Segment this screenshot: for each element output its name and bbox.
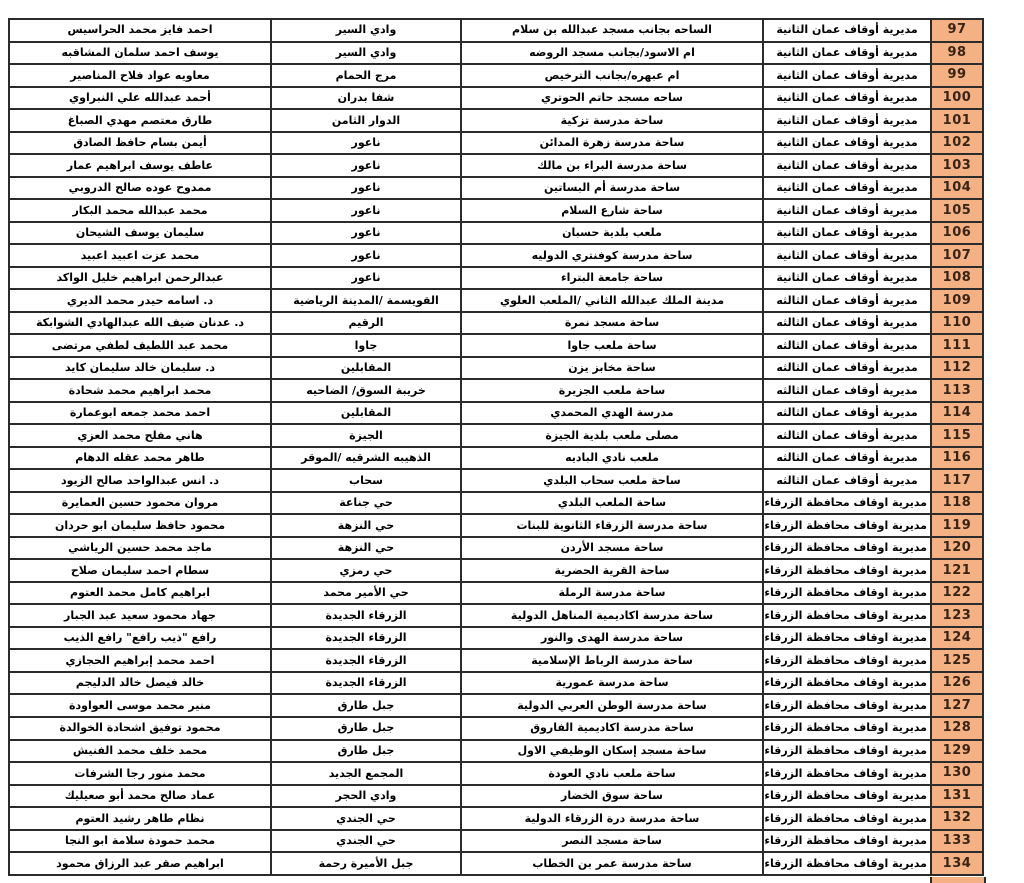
cell-directorate: مديرية اوقاف محافظة الزرقاء <box>763 852 931 875</box>
cell-name: نظام طاهر رشيد العتوم <box>9 807 271 830</box>
cell-district: جبل طارق <box>271 740 461 763</box>
cell-location: ساحة مسجد إسكان الوظيفي الاول <box>461 740 763 763</box>
table-row: 123مديرية اوقاف محافظة الزرقاءساحة مدرسة… <box>9 604 983 627</box>
cell-location: ساحة سوق الخضار <box>461 785 763 808</box>
cell-directorate: مديرية اوقاف محافظة الزرقاء <box>763 492 931 515</box>
cell-district: شفا بدران <box>271 87 461 110</box>
cell-district: ناعور <box>271 222 461 245</box>
cell-serial-number: 112 <box>931 357 983 380</box>
cell-serial-number: 113 <box>931 379 983 402</box>
cell-directorate: مديرية اوقاف محافظة الزرقاء <box>763 830 931 853</box>
cell-directorate: مديرية أوقاف عمان الثالثه <box>763 357 931 380</box>
cell-location: ساحة مدرسة اكاديمية المناهل الدولية <box>461 604 763 627</box>
cell-location: ساحة مدرسة عمورية <box>461 672 763 695</box>
table-row: 117مديرية أوقاف عمان الثالثهساحة ملعب سح… <box>9 469 983 492</box>
cell-serial-number: 133 <box>931 830 983 853</box>
cell-location: ساحة الملعب البلدي <box>461 492 763 515</box>
cell-directorate: مديرية اوقاف محافظة الزرقاء <box>763 559 931 582</box>
cell-name: مروان محمود حسين العمايرة <box>9 492 271 515</box>
table-row: 102مديرية أوقاف عمان الثانيةساحة مدرسة ز… <box>9 132 983 155</box>
cell-location: ساحة القرية الحضرية <box>461 559 763 582</box>
table-row: 100مديرية أوقاف عمان الثانيةساحه مسجد حا… <box>9 87 983 110</box>
cell-directorate: مديرية اوقاف محافظة الزرقاء <box>763 762 931 785</box>
table-row: 133مديرية اوقاف محافظة الزرقاءساحة مسجد … <box>9 830 983 853</box>
cell-district: ناعور <box>271 132 461 155</box>
table-row: 124مديرية اوقاف محافظة الزرقاءساحة مدرسة… <box>9 627 983 650</box>
cell-directorate: مديرية اوقاف محافظة الزرقاء <box>763 537 931 560</box>
table-row: 106مديرية أوقاف عمان الثانيةملعب بلدية ح… <box>9 222 983 245</box>
cell-serial-number: 97 <box>931 19 983 42</box>
cell-district: ناعور <box>271 154 461 177</box>
cell-location: مدينة الملك عبدالله الثاني /الملعب العلو… <box>461 289 763 312</box>
table-row: 114مديرية أوقاف عمان الثالثهمدرسة الهدي … <box>9 402 983 425</box>
table-row: 116مديرية أوقاف عمان الثالثهملعب نادي ال… <box>9 447 983 470</box>
cell-name: ممدوح عوده صالح الدروبي <box>9 177 271 200</box>
cell-serial-number: 98 <box>931 42 983 65</box>
cell-name: عماد صالح محمد أبو صعيليك <box>9 785 271 808</box>
cell-serial-number: 107 <box>931 244 983 267</box>
cell-directorate: مديرية أوقاف عمان الثانية <box>763 199 931 222</box>
cell-location: ساحة مسجد نمرة <box>461 312 763 335</box>
cell-serial-number: 111 <box>931 334 983 357</box>
cell-location: ساحة مدرسة كوفنتري الدوليه <box>461 244 763 267</box>
cell-serial-number: 103 <box>931 154 983 177</box>
cell-directorate: مديرية اوقاف محافظة الزرقاء <box>763 649 931 672</box>
table-row: 105مديرية أوقاف عمان الثانيةساحة شارع ال… <box>9 199 983 222</box>
cell-serial-number: 99 <box>931 64 983 87</box>
cell-name: خالد فيصل خالد الدليجم <box>9 672 271 695</box>
cell-location: مصلى ملعب بلدية الجيزة <box>461 424 763 447</box>
cell-name: سطام احمد سليمان صلاح <box>9 559 271 582</box>
table-row: 107مديرية أوقاف عمان الثانيةساحة مدرسة ك… <box>9 244 983 267</box>
cell-name: أيمن بسام حافظ الصادق <box>9 132 271 155</box>
cell-district: الدوار الثامن <box>271 109 461 132</box>
cell-serial-number: 123 <box>931 604 983 627</box>
cell-directorate: مديرية اوقاف محافظة الزرقاء <box>763 807 931 830</box>
cell-location: ساحة مدرسة أم البساتين <box>461 177 763 200</box>
cell-serial-number: 128 <box>931 717 983 740</box>
table-row: 110مديرية أوقاف عمان الثالثهساحة مسجد نم… <box>9 312 983 335</box>
cell-district: حي الجندي <box>271 807 461 830</box>
cell-directorate: مديرية أوقاف عمان الثانية <box>763 177 931 200</box>
cell-serial-number: 119 <box>931 514 983 537</box>
cell-directorate: مديرية أوقاف عمان الثانية <box>763 87 931 110</box>
cell-location: ام عبهره/بجانب الترخيص <box>461 64 763 87</box>
cell-location: ساحة مدرسة الرباط الإسلامية <box>461 649 763 672</box>
cell-district: حي النزهة <box>271 537 461 560</box>
cell-district: جبل طارق <box>271 694 461 717</box>
cell-serial-number: 106 <box>931 222 983 245</box>
next-row-number-cell-partial <box>930 877 986 883</box>
cell-serial-number: 104 <box>931 177 983 200</box>
cell-directorate: مديرية أوقاف عمان الثانية <box>763 244 931 267</box>
cell-location: ملعب نادي الباديه <box>461 447 763 470</box>
cell-directorate: مديرية اوقاف محافظة الزرقاء <box>763 604 931 627</box>
cell-name: منير محمد موسى العواودة <box>9 694 271 717</box>
cell-district: مرج الحمام <box>271 64 461 87</box>
cell-location: ساحة مدرسة اكاديمية الفاروق <box>461 717 763 740</box>
cell-name: هاني مفلح محمد العزي <box>9 424 271 447</box>
cell-district: ناعور <box>271 199 461 222</box>
cell-directorate: مديرية اوقاف محافظة الزرقاء <box>763 740 931 763</box>
cell-name: محمد خلف محمد الفنيش <box>9 740 271 763</box>
cell-name: ماجد محمد حسين الرياشي <box>9 537 271 560</box>
cell-district: القويسمة /المدينة الرياضية <box>271 289 461 312</box>
cell-serial-number: 126 <box>931 672 983 695</box>
cell-name: محمود توفيق اشحادة الخوالدة <box>9 717 271 740</box>
cell-district: المجمع الجديد <box>271 762 461 785</box>
table-row: 128مديرية اوقاف محافظة الزرقاءساحة مدرسة… <box>9 717 983 740</box>
cell-directorate: مديرية أوقاف عمان الثالثه <box>763 402 931 425</box>
table-row: 131مديرية اوقاف محافظة الزرقاءساحة سوق ا… <box>9 785 983 808</box>
table-row: 113مديرية أوقاف عمان الثالثهساحة ملعب ال… <box>9 379 983 402</box>
cell-directorate: مديرية أوقاف عمان الثالثه <box>763 379 931 402</box>
cell-name: يوسف احمد سلمان المشاقبه <box>9 42 271 65</box>
cell-name: محمد عبد اللطيف لطفي مرتضى <box>9 334 271 357</box>
awqaf-imams-table: 97مديرية أوقاف عمان الثانيةالساحه بجانب … <box>8 18 984 876</box>
cell-serial-number: 102 <box>931 132 983 155</box>
cell-location: ساحة مسجد الأردن <box>461 537 763 560</box>
cell-name: محمد عبدالله محمد البكار <box>9 199 271 222</box>
cell-directorate: مديرية أوقاف عمان الثالثه <box>763 469 931 492</box>
cell-district: الزرقاء الجديدة <box>271 672 461 695</box>
cell-name: د. سليمان خالد سليمان كايد <box>9 357 271 380</box>
cell-serial-number: 110 <box>931 312 983 335</box>
cell-location: ساحة مدرسة تزكية <box>461 109 763 132</box>
table-row: 115مديرية أوقاف عمان الثالثهمصلى ملعب بل… <box>9 424 983 447</box>
cell-serial-number: 129 <box>931 740 983 763</box>
cell-location: ساحة جامعة البتراء <box>461 267 763 290</box>
cell-district: خريبة السوق/ الضاحيه <box>271 379 461 402</box>
cell-district: وادي الحجر <box>271 785 461 808</box>
cell-district: جبل الأميرة رحمة <box>271 852 461 875</box>
cell-serial-number: 118 <box>931 492 983 515</box>
cell-directorate: مديرية أوقاف عمان الثالثه <box>763 312 931 335</box>
cell-district: وادي السير <box>271 19 461 42</box>
cell-serial-number: 132 <box>931 807 983 830</box>
table-row: 118مديرية اوقاف محافظة الزرقاءساحة الملع… <box>9 492 983 515</box>
cell-name: طاهر محمد عقله الدهام <box>9 447 271 470</box>
cell-district: جاوا <box>271 334 461 357</box>
table-row: 120مديرية اوقاف محافظة الزرقاءساحة مسجد … <box>9 537 983 560</box>
cell-name: محمود حافظ سليمان ابو حردان <box>9 514 271 537</box>
cell-name: سليمان يوسف الشيحان <box>9 222 271 245</box>
cell-directorate: مديرية أوقاف عمان الثانية <box>763 42 931 65</box>
cell-directorate: مديرية اوقاف محافظة الزرقاء <box>763 694 931 717</box>
table-row: 126مديرية اوقاف محافظة الزرقاءساحة مدرسة… <box>9 672 983 695</box>
cell-location: ساحة مدرسة عمر بن الخطاب <box>461 852 763 875</box>
cell-district: الجيزة <box>271 424 461 447</box>
cell-name: عاطف يوسف ابراهيم عمار <box>9 154 271 177</box>
cell-location: مدرسة الهدي المحمدي <box>461 402 763 425</box>
table-row: 125مديرية اوقاف محافظة الزرقاءساحة مدرسة… <box>9 649 983 672</box>
cell-district: حي رمزي <box>271 559 461 582</box>
cell-directorate: مديرية أوقاف عمان الثانية <box>763 132 931 155</box>
cell-directorate: مديرية اوقاف محافظة الزرقاء <box>763 582 931 605</box>
cell-district: حي النزهة <box>271 514 461 537</box>
table-row: 98مديرية أوقاف عمان الثانيةام الاسود/بجا… <box>9 42 983 65</box>
cell-serial-number: 124 <box>931 627 983 650</box>
cell-serial-number: 116 <box>931 447 983 470</box>
cell-location: ام الاسود/بجانب مسجد الروضه <box>461 42 763 65</box>
cell-location: ساحة ملعب جاوا <box>461 334 763 357</box>
table-row: 130مديرية اوقاف محافظة الزرقاءساحة ملعب … <box>9 762 983 785</box>
cell-name: معاويه عواد فلاح المناصير <box>9 64 271 87</box>
cell-location: ساحة مدرسة الرملة <box>461 582 763 605</box>
cell-directorate: مديرية اوقاف محافظة الزرقاء <box>763 785 931 808</box>
cell-location: الساحه بجانب مسجد عبدالله بن سلام <box>461 19 763 42</box>
table-row: 99مديرية أوقاف عمان الثانيةام عبهره/بجان… <box>9 64 983 87</box>
table-row: 132مديرية اوقاف محافظة الزرقاءساحة مدرسة… <box>9 807 983 830</box>
cell-serial-number: 127 <box>931 694 983 717</box>
cell-district: حي جناعة <box>271 492 461 515</box>
cell-name: جهاد محمود سعيد عبد الجبار <box>9 604 271 627</box>
cell-name: محمد منور رجا الشرفات <box>9 762 271 785</box>
cell-serial-number: 114 <box>931 402 983 425</box>
cell-name: أحمد عبدالله علي النبراوي <box>9 87 271 110</box>
cell-district: الزرقاء الجديدة <box>271 604 461 627</box>
cell-district: المقابلين <box>271 357 461 380</box>
cell-district: سحاب <box>271 469 461 492</box>
cell-location: ساحة مخابز يزن <box>461 357 763 380</box>
cell-serial-number: 105 <box>931 199 983 222</box>
cell-location: ساحة مدرسة زهرة المدائن <box>461 132 763 155</box>
cell-serial-number: 109 <box>931 289 983 312</box>
table-row: 129مديرية اوقاف محافظة الزرقاءساحة مسجد … <box>9 740 983 763</box>
scanned-table-page: 97مديرية أوقاف عمان الثانيةالساحه بجانب … <box>8 18 982 876</box>
cell-name: د. انس عبدالواحد صالح الزيود <box>9 469 271 492</box>
cell-directorate: مديرية أوقاف عمان الثانية <box>763 267 931 290</box>
cell-directorate: مديرية أوقاف عمان الثالثه <box>763 424 931 447</box>
table-row: 104مديرية أوقاف عمان الثانيةساحة مدرسة أ… <box>9 177 983 200</box>
cell-serial-number: 121 <box>931 559 983 582</box>
cell-serial-number: 120 <box>931 537 983 560</box>
cell-district: جبل طارق <box>271 717 461 740</box>
cell-serial-number: 100 <box>931 87 983 110</box>
cell-district: الرقيم <box>271 312 461 335</box>
cell-location: ساحة مدرسة الزرقاء الثانوية للبنات <box>461 514 763 537</box>
cell-district: المقابلين <box>271 402 461 425</box>
cell-directorate: مديرية أوقاف عمان الثانية <box>763 222 931 245</box>
cell-location: ساحة مدرسة البراء بن مالك <box>461 154 763 177</box>
cell-district: الزرقاء الجديدة <box>271 627 461 650</box>
cell-serial-number: 131 <box>931 785 983 808</box>
cell-name: ابراهيم كامل محمد العتوم <box>9 582 271 605</box>
cell-district: ناعور <box>271 244 461 267</box>
table-row: 101مديرية أوقاف عمان الثانيةساحة مدرسة ت… <box>9 109 983 132</box>
cell-location: ساحة ملعب سحاب البلدي <box>461 469 763 492</box>
cell-serial-number: 108 <box>931 267 983 290</box>
cell-name: ابراهيم صقر عبد الرزاق محمود <box>9 852 271 875</box>
cell-district: حي الأمير محمد <box>271 582 461 605</box>
table-row: 97مديرية أوقاف عمان الثانيةالساحه بجانب … <box>9 19 983 42</box>
cell-location: ساحة مدرسة الوطن العربي الدولية <box>461 694 763 717</box>
cell-directorate: مديرية اوقاف محافظة الزرقاء <box>763 514 931 537</box>
table-row: 111مديرية أوقاف عمان الثالثهساحة ملعب جا… <box>9 334 983 357</box>
cell-name: عبدالرحمن ابراهيم خليل الواكد <box>9 267 271 290</box>
cell-location: ساحة مدرسة درة الزرقاء الدولية <box>461 807 763 830</box>
cell-serial-number: 115 <box>931 424 983 447</box>
cell-directorate: مديرية أوقاف عمان الثانية <box>763 109 931 132</box>
cell-serial-number: 130 <box>931 762 983 785</box>
cell-directorate: مديرية أوقاف عمان الثالثه <box>763 289 931 312</box>
table-row: 119مديرية اوقاف محافظة الزرقاءساحة مدرسة… <box>9 514 983 537</box>
table-row: 112مديرية أوقاف عمان الثالثهساحة مخابز ي… <box>9 357 983 380</box>
cell-location: ملعب بلدية حسبان <box>461 222 763 245</box>
table-row: 127مديرية اوقاف محافظة الزرقاءساحة مدرسة… <box>9 694 983 717</box>
cell-name: احمد محمد جمعه ابوعمارة <box>9 402 271 425</box>
cell-location: ساحه مسجد حاتم الحوتري <box>461 87 763 110</box>
cell-name: د. اسامه حيدر محمد الديري <box>9 289 271 312</box>
cell-location: ساحة ملعب نادي العودة <box>461 762 763 785</box>
cell-serial-number: 125 <box>931 649 983 672</box>
cell-directorate: مديرية أوقاف عمان الثانية <box>763 19 931 42</box>
cell-directorate: مديرية اوقاف محافظة الزرقاء <box>763 717 931 740</box>
table-row: 134مديرية اوقاف محافظة الزرقاءساحة مدرسة… <box>9 852 983 875</box>
cell-location: ساحة ملعب الجزيرة <box>461 379 763 402</box>
cell-directorate: مديرية اوقاف محافظة الزرقاء <box>763 627 931 650</box>
cell-directorate: مديرية أوقاف عمان الثالثه <box>763 447 931 470</box>
cell-district: ناعور <box>271 177 461 200</box>
cell-name: محمد عزت اعبيد اعبيد <box>9 244 271 267</box>
cell-name: محمد حمودة سلامة ابو النجا <box>9 830 271 853</box>
cell-district: الزرقاء الجديدة <box>271 649 461 672</box>
cell-location: ساحة مدرسة الهدى والنور <box>461 627 763 650</box>
cell-location: ساحة مسجد النصر <box>461 830 763 853</box>
cell-name: احمد فايز محمد الحراسيس <box>9 19 271 42</box>
cell-serial-number: 101 <box>931 109 983 132</box>
cell-name: احمد محمد إبراهيم الحجازي <box>9 649 271 672</box>
cell-serial-number: 134 <box>931 852 983 875</box>
cell-district: ناعور <box>271 267 461 290</box>
table-row: 108مديرية أوقاف عمان الثانيةساحة جامعة ا… <box>9 267 983 290</box>
cell-district: وادي السير <box>271 42 461 65</box>
cell-directorate: مديرية أوقاف عمان الثانية <box>763 64 931 87</box>
cell-district: الذهيبه الشرقيه /الموقر <box>271 447 461 470</box>
table-row: 122مديرية اوقاف محافظة الزرقاءساحة مدرسة… <box>9 582 983 605</box>
table-row: 103مديرية أوقاف عمان الثانيةساحة مدرسة ا… <box>9 154 983 177</box>
cell-name: محمد ابراهيم محمد شحادة <box>9 379 271 402</box>
table-row: 121مديرية اوقاف محافظة الزرقاءساحة القري… <box>9 559 983 582</box>
cell-directorate: مديرية اوقاف محافظة الزرقاء <box>763 672 931 695</box>
cell-district: حي الجندي <box>271 830 461 853</box>
cell-serial-number: 122 <box>931 582 983 605</box>
cell-serial-number: 117 <box>931 469 983 492</box>
table-body: 97مديرية أوقاف عمان الثانيةالساحه بجانب … <box>9 19 983 875</box>
cell-name: د. عدنان ضيف الله عبدالهادي الشوابكة <box>9 312 271 335</box>
cell-name: رافع "ذيب رافع" رافع الذيب <box>9 627 271 650</box>
cell-directorate: مديرية أوقاف عمان الثانية <box>763 154 931 177</box>
cell-directorate: مديرية أوقاف عمان الثالثه <box>763 334 931 357</box>
cell-location: ساحة شارع السلام <box>461 199 763 222</box>
cell-name: طارق معتصم مهدي الصباغ <box>9 109 271 132</box>
table-row: 109مديرية أوقاف عمان الثالثهمدينة الملك … <box>9 289 983 312</box>
